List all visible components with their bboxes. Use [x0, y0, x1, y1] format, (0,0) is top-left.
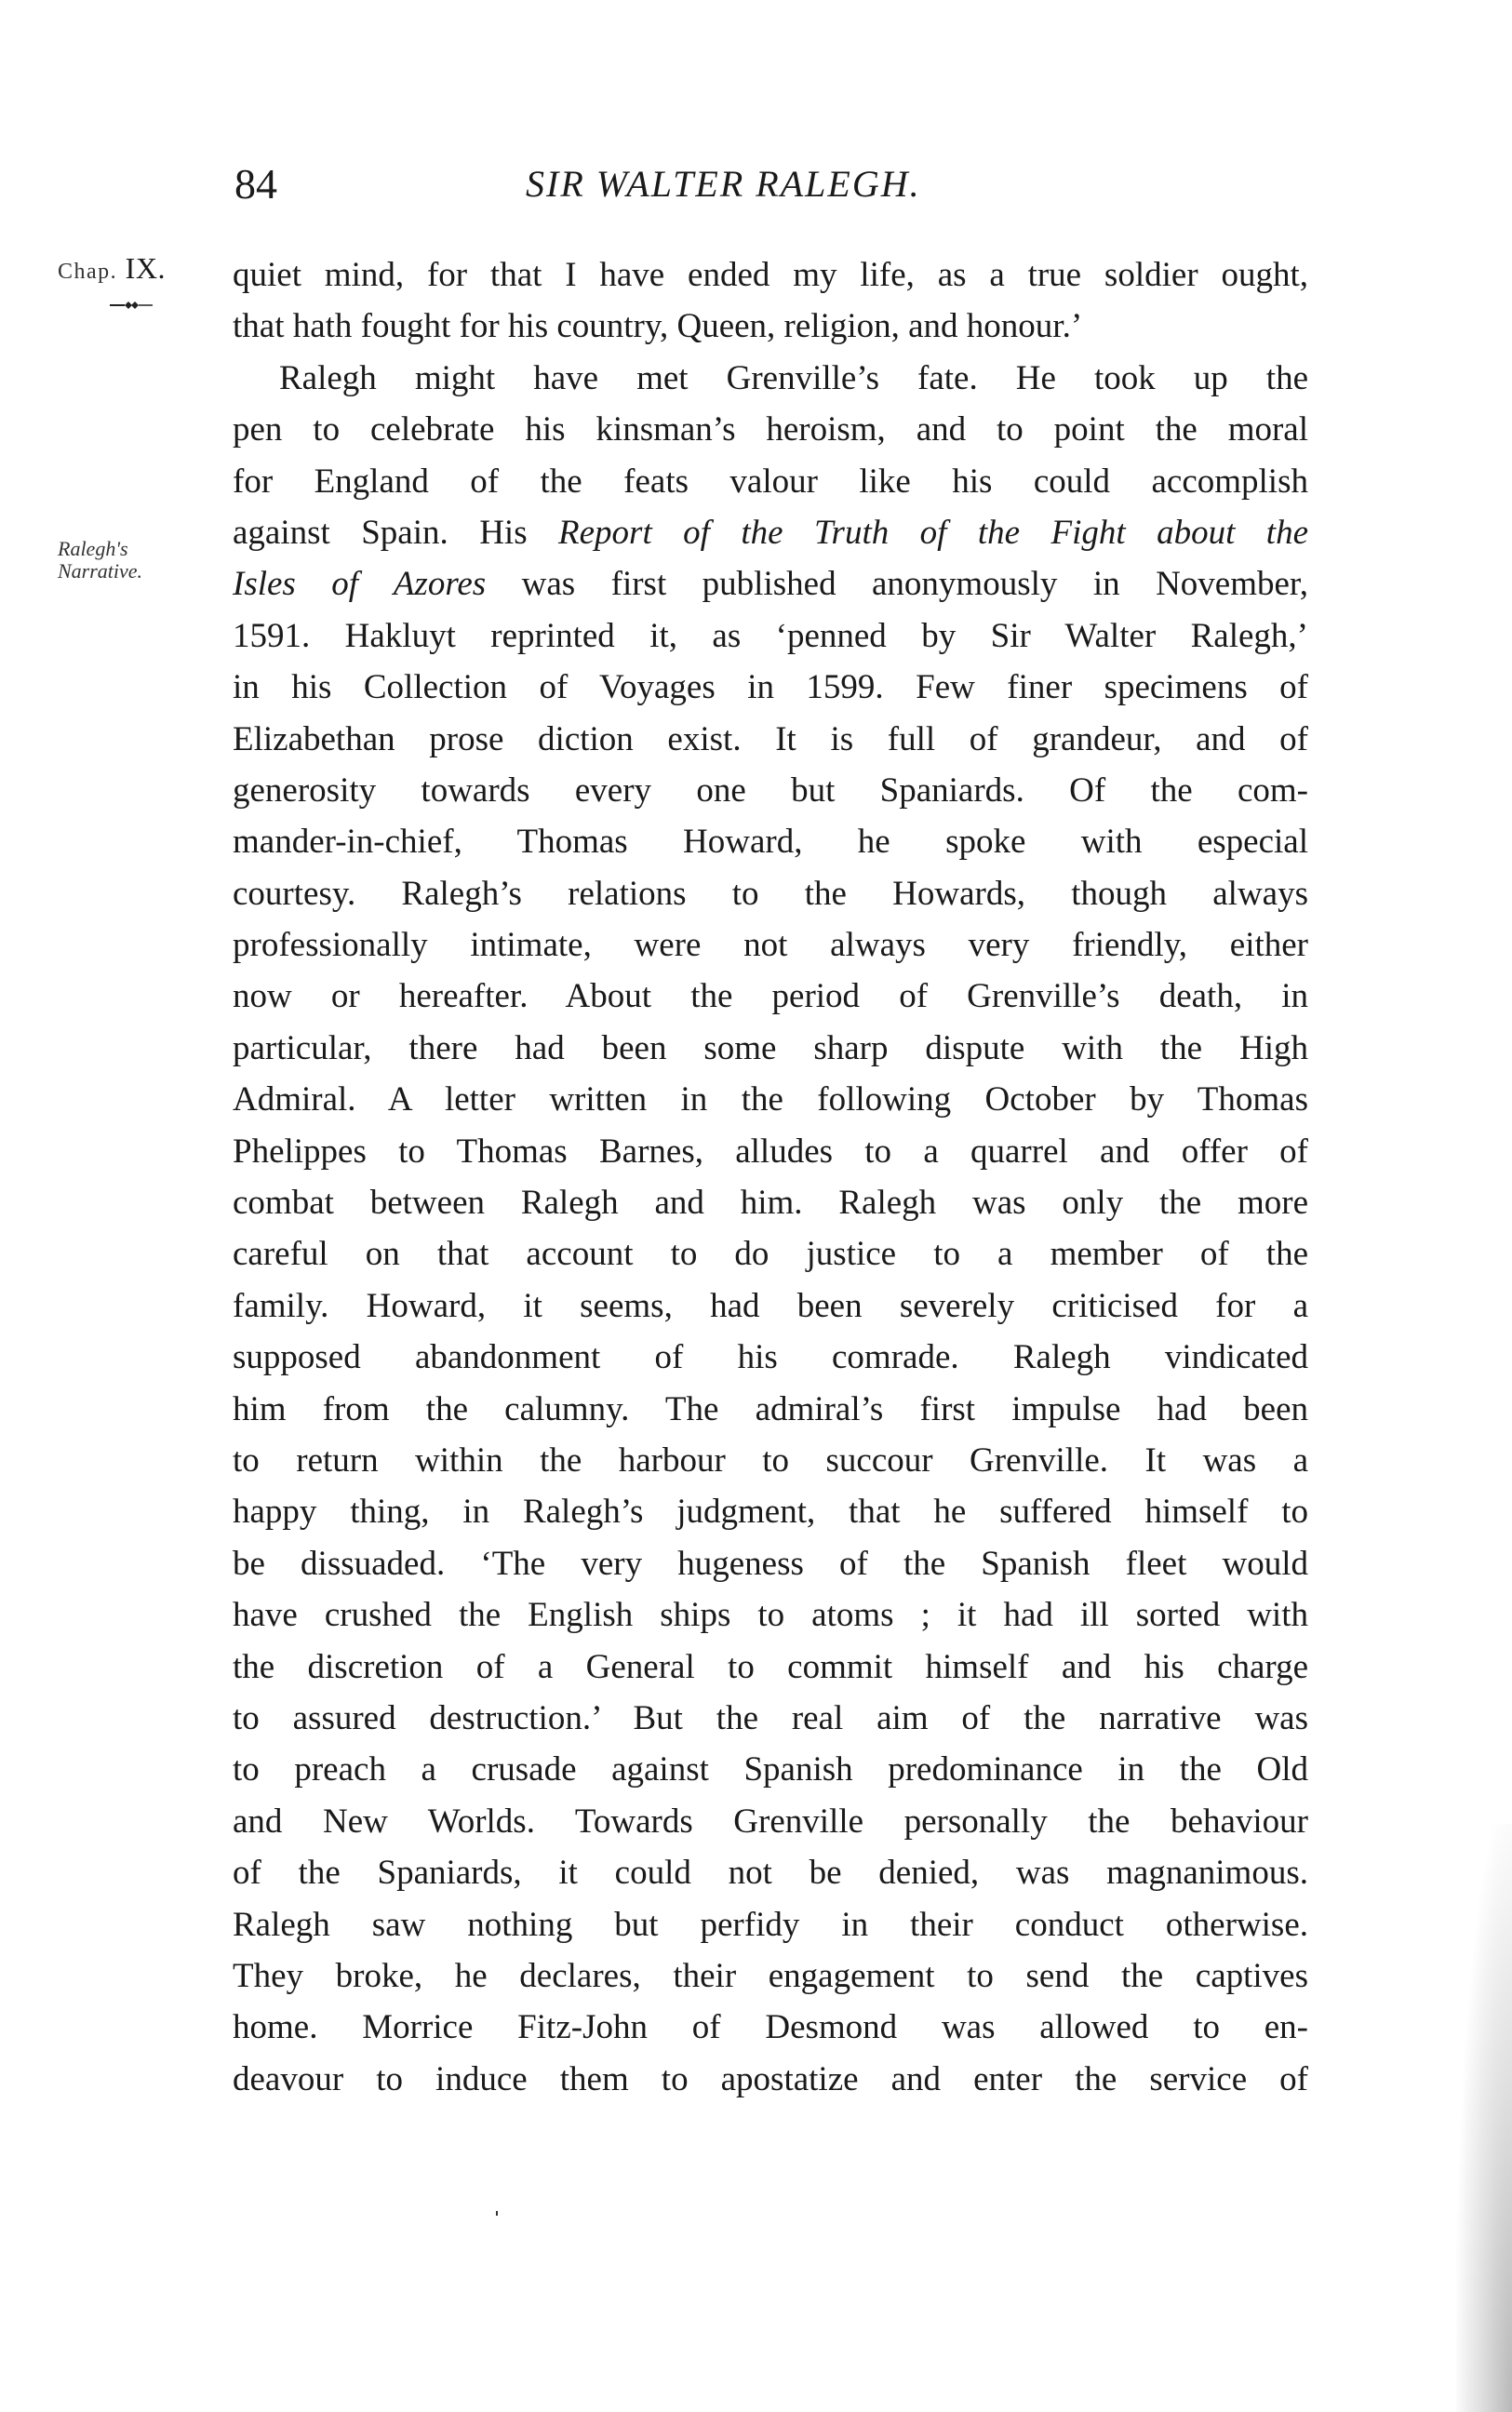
text-line: now or hereafter. About the period of Gr…	[233, 971, 1308, 1022]
text-line: particular, there had been some sharp di…	[233, 1023, 1308, 1074]
body-text: quiet mind, for that I have ended my lif…	[233, 249, 1308, 2105]
text-line: home. Morrice Fitz-John of Desmond was a…	[233, 2002, 1308, 2053]
text-line: quiet mind, for that I have ended my lif…	[233, 249, 1308, 301]
text-line: have crushed the English ships to atoms …	[233, 1589, 1308, 1641]
text-line: Admiral. A letter written in the followi…	[233, 1074, 1308, 1125]
text-line: happy thing, in Ralegh’s judgment, that …	[233, 1486, 1308, 1537]
text-line: 1591. Hakluyt reprinted it, as ‘penned b…	[233, 610, 1308, 662]
italic-title: Report of the Truth of the Fight about t…	[558, 514, 1308, 552]
print-speck	[496, 2211, 498, 2216]
italic-title: Isles of Azores	[233, 565, 486, 603]
side-note-line: Narrative.	[58, 560, 142, 583]
text-line: of the Spaniards, it could not be denied…	[233, 1847, 1308, 1898]
page-edge-shadow	[1456, 1824, 1512, 2412]
text-line: courtesy. Ralegh’s relations to the Howa…	[233, 868, 1308, 919]
text-line: against Spain. His Report of the Truth o…	[233, 507, 1308, 558]
text-line: mander-in-chief, Thomas Howard, he spoke…	[233, 816, 1308, 867]
page-number: 84	[234, 156, 277, 212]
text-line: to preach a crusade against Spanish pred…	[233, 1744, 1308, 1795]
text-line: pen to celebrate his kinsman’s heroism, …	[233, 404, 1308, 455]
text-line: deavour to induce them to apostatize and…	[233, 2054, 1308, 2105]
side-note: Ralegh's Narrative.	[58, 538, 142, 583]
text-line: to return within the harbour to succour …	[233, 1435, 1308, 1486]
text-run: was first published anonymously in Novem…	[522, 565, 1308, 603]
text-line: be dissuaded. ‘The very hugeness of the …	[233, 1538, 1308, 1589]
text-line: careful on that account to do justice to…	[233, 1228, 1308, 1280]
text-line: Elizabethan prose diction exist. It is f…	[233, 714, 1308, 765]
running-title: SIR WALTER RALEGH.	[526, 156, 1028, 212]
text-line: the discretion of a General to commit hi…	[233, 1641, 1308, 1693]
text-line: family. Howard, it seems, had been sever…	[233, 1280, 1308, 1332]
text-line: in his Collection of Voyages in 1599. Fe…	[233, 662, 1308, 713]
ornament-icon	[110, 296, 153, 315]
text-line: supposed abandonment of his comrade. Ral…	[233, 1332, 1308, 1383]
chapter-number: IX.	[126, 251, 166, 285]
text-line: Isles of Azores was first published anon…	[233, 558, 1308, 610]
text-line: combat between Ralegh and him. Ralegh wa…	[233, 1177, 1308, 1228]
text-line: professionally intimate, were not always…	[233, 919, 1308, 971]
text-line: They broke, he declares, their engagemen…	[233, 1950, 1308, 2002]
text-line: and New Worlds. Towards Grenville person…	[233, 1796, 1308, 1847]
chapter-marker: Chap. IX.	[58, 249, 166, 290]
text-line: Ralegh saw nothing but perfidy in their …	[233, 1899, 1308, 1950]
side-note-line: Ralegh's	[58, 538, 142, 560]
text-line: to assured destruction.’ But the real ai…	[233, 1693, 1308, 1744]
text-line: Phelippes to Thomas Barnes, alludes to a…	[233, 1126, 1308, 1177]
text-run: against Spain. His	[233, 514, 558, 552]
text-line: that hath fought for his country, Queen,…	[233, 301, 1308, 352]
chapter-label: Chap.	[58, 260, 117, 284]
text-line: for England of the feats valour like his…	[233, 456, 1308, 507]
text-line: generosity towards every one but Spaniar…	[233, 765, 1308, 816]
text-line: him from the calumny. The admiral’s firs…	[233, 1384, 1308, 1435]
text-line: Ralegh might have met Grenville’s fate. …	[233, 353, 1308, 404]
